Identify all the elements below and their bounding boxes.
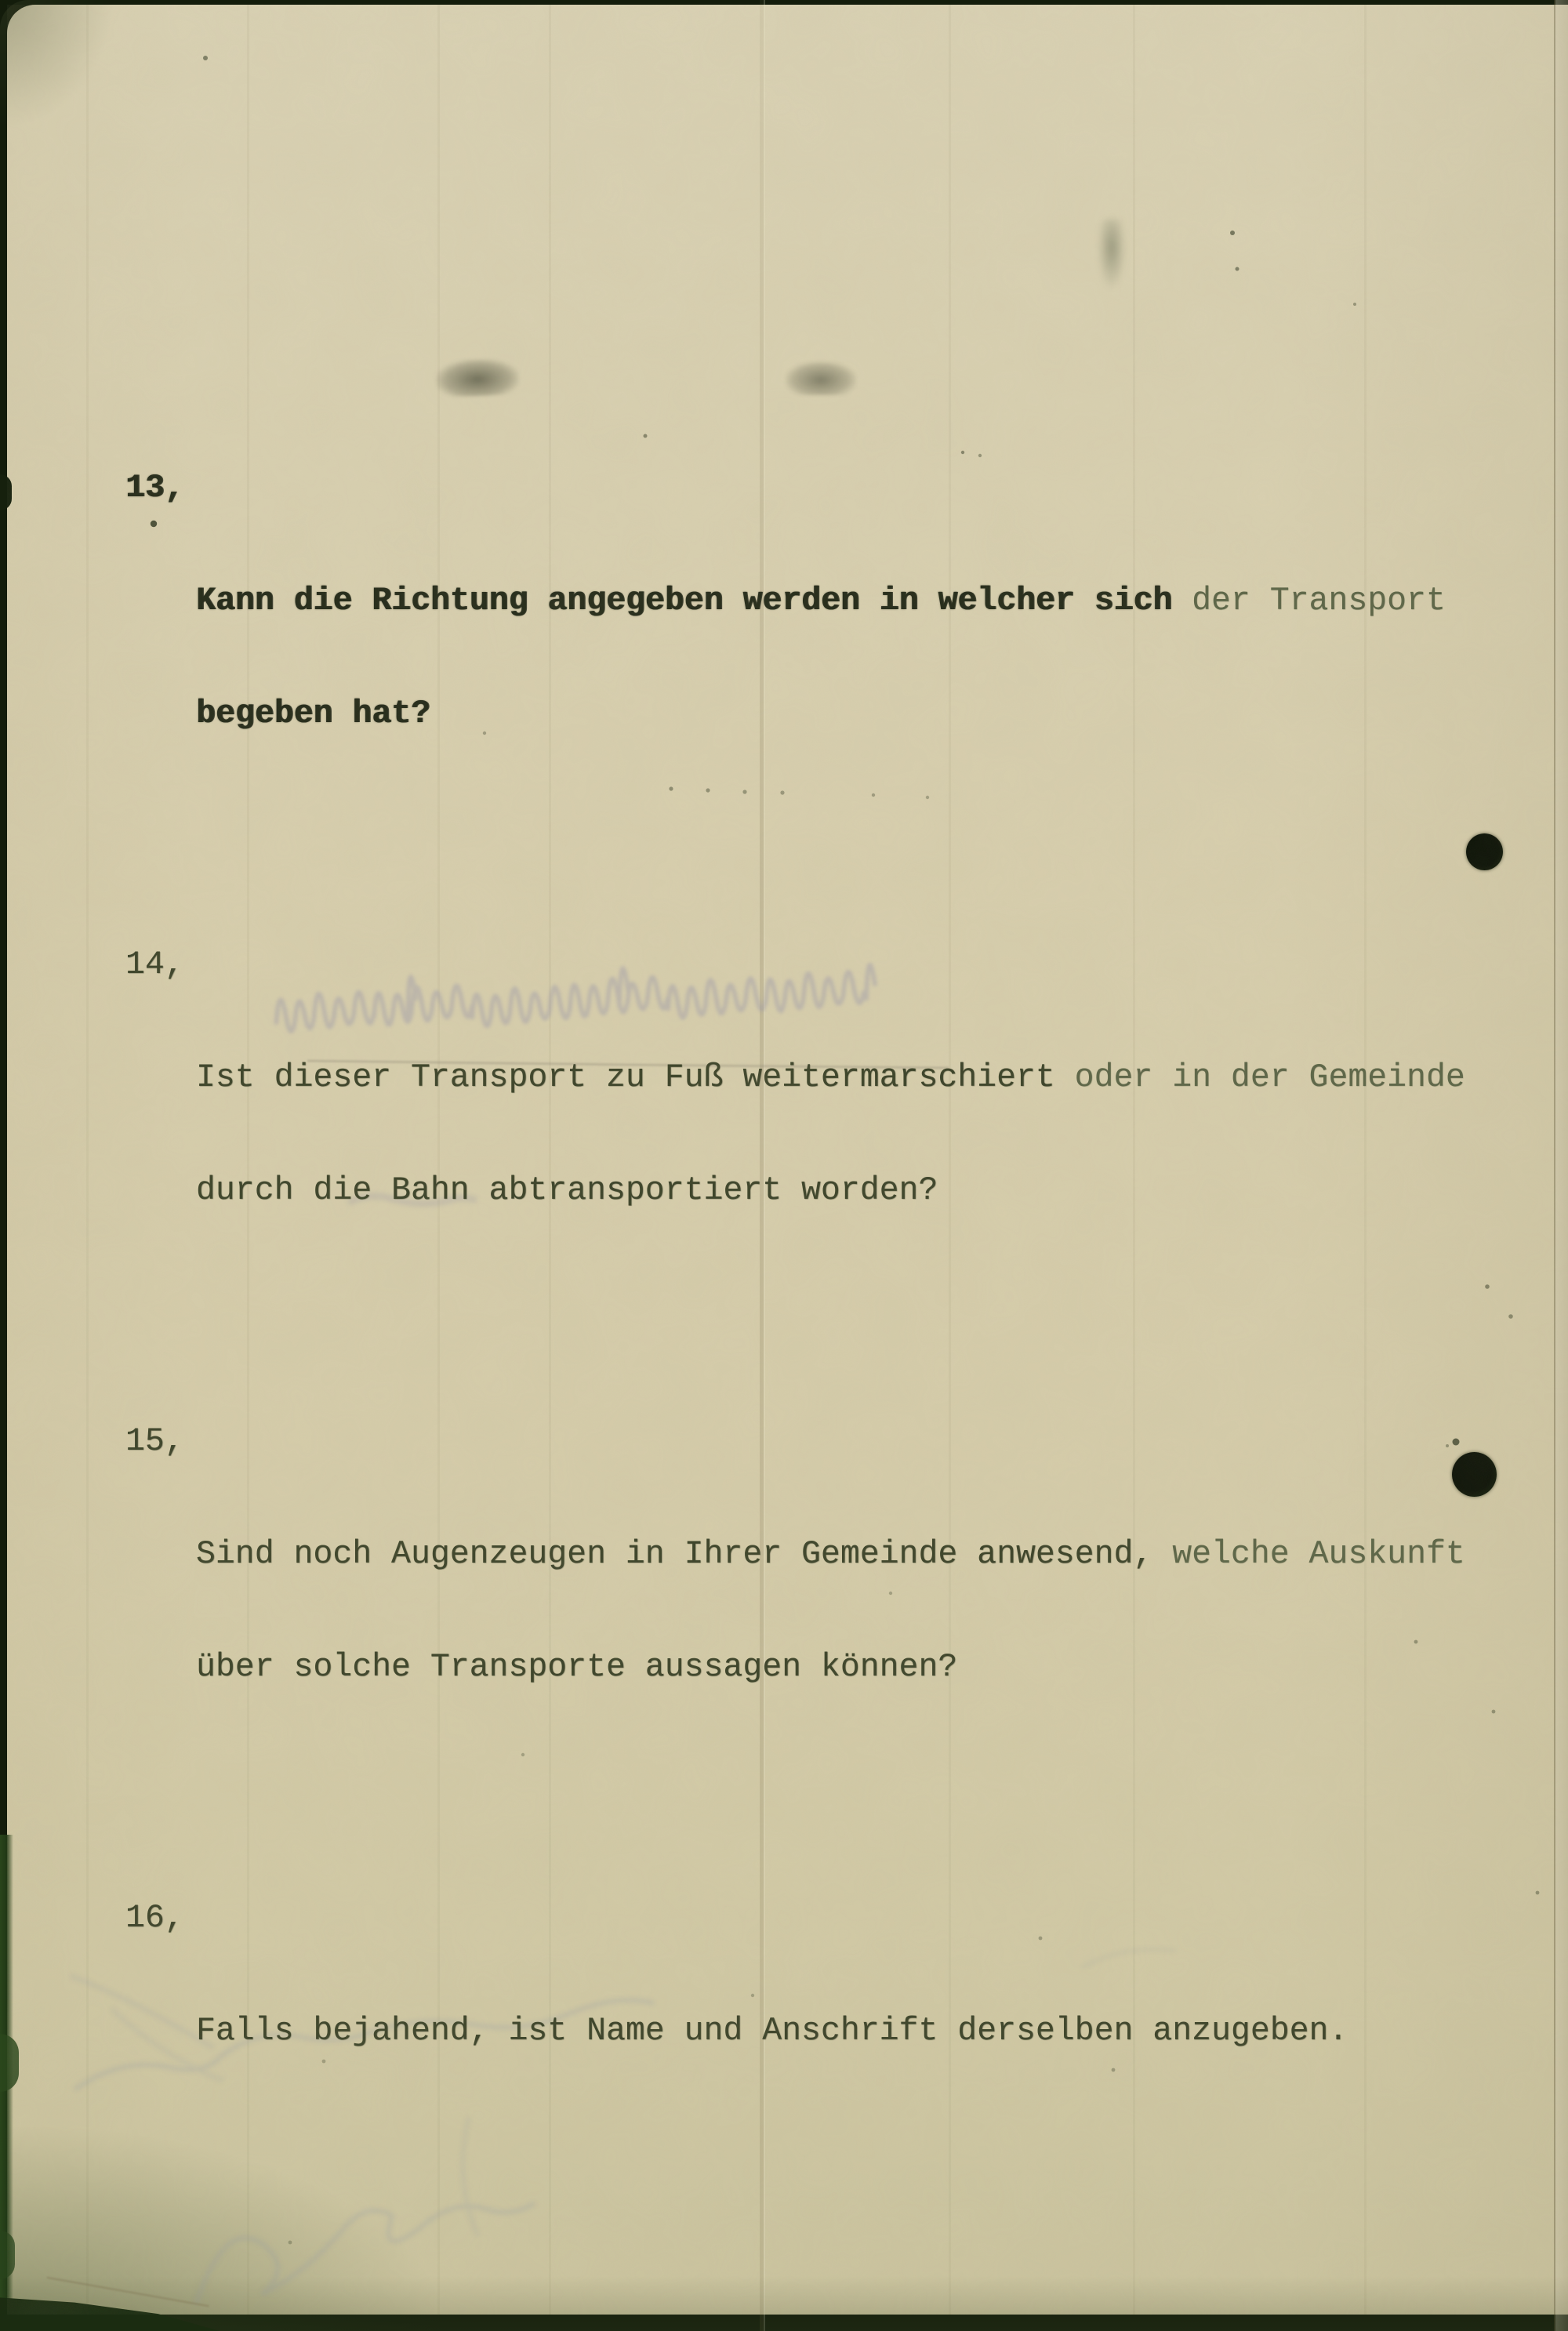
question-line: über solche Transporte aussagen können? [196, 1649, 1474, 1687]
question-line: durch die Bahn abtransportiert worden? [196, 1172, 1474, 1210]
question-item-16: 16, Falls bejahend, ist Name und Anschri… [125, 1900, 1474, 2126]
questions-block: 13, Kann die Richtung angegeben werden i… [125, 357, 1474, 2264]
question-item-15: 15, Sind noch Augenzeugen in Ihrer Gemei… [125, 1423, 1474, 1762]
hole-punch-top [1466, 833, 1503, 870]
question-number: 16, [125, 1900, 184, 1937]
question-line: Ist dieser Transport zu Fuß weitermarsch… [196, 1059, 1474, 1097]
edge-bump [0, 2231, 15, 2279]
corner-shadow-top-left [0, 0, 118, 133]
scanned-page: 13, Kann die Richtung angegeben werden i… [0, 0, 1568, 2331]
question-item-14: 14, Ist dieser Transport zu Fuß weiterma… [125, 946, 1474, 1285]
question-number: 14, [125, 946, 184, 984]
question-line: Falls bejahend, ist Name und Anschrift d… [196, 2013, 1474, 2050]
question-line: Kann die Richtung angegeben werden in we… [196, 583, 1474, 620]
hole-punch-bottom [1452, 1452, 1497, 1497]
gray-smudge [1098, 220, 1126, 290]
right-edge-strip [1555, 0, 1568, 2331]
shadow-bottom-edge [0, 2276, 1568, 2331]
question-item-13: 13, Kann die Richtung angegeben werden i… [125, 470, 1474, 808]
question-number: 13, [125, 470, 184, 507]
question-line: Sind noch Augenzeugen in Ihrer Gemeinde … [196, 1536, 1474, 1574]
question-number: 15, [125, 1423, 184, 1461]
paper-streak [86, 5, 89, 2315]
question-line: begeben hat? [196, 695, 1474, 733]
